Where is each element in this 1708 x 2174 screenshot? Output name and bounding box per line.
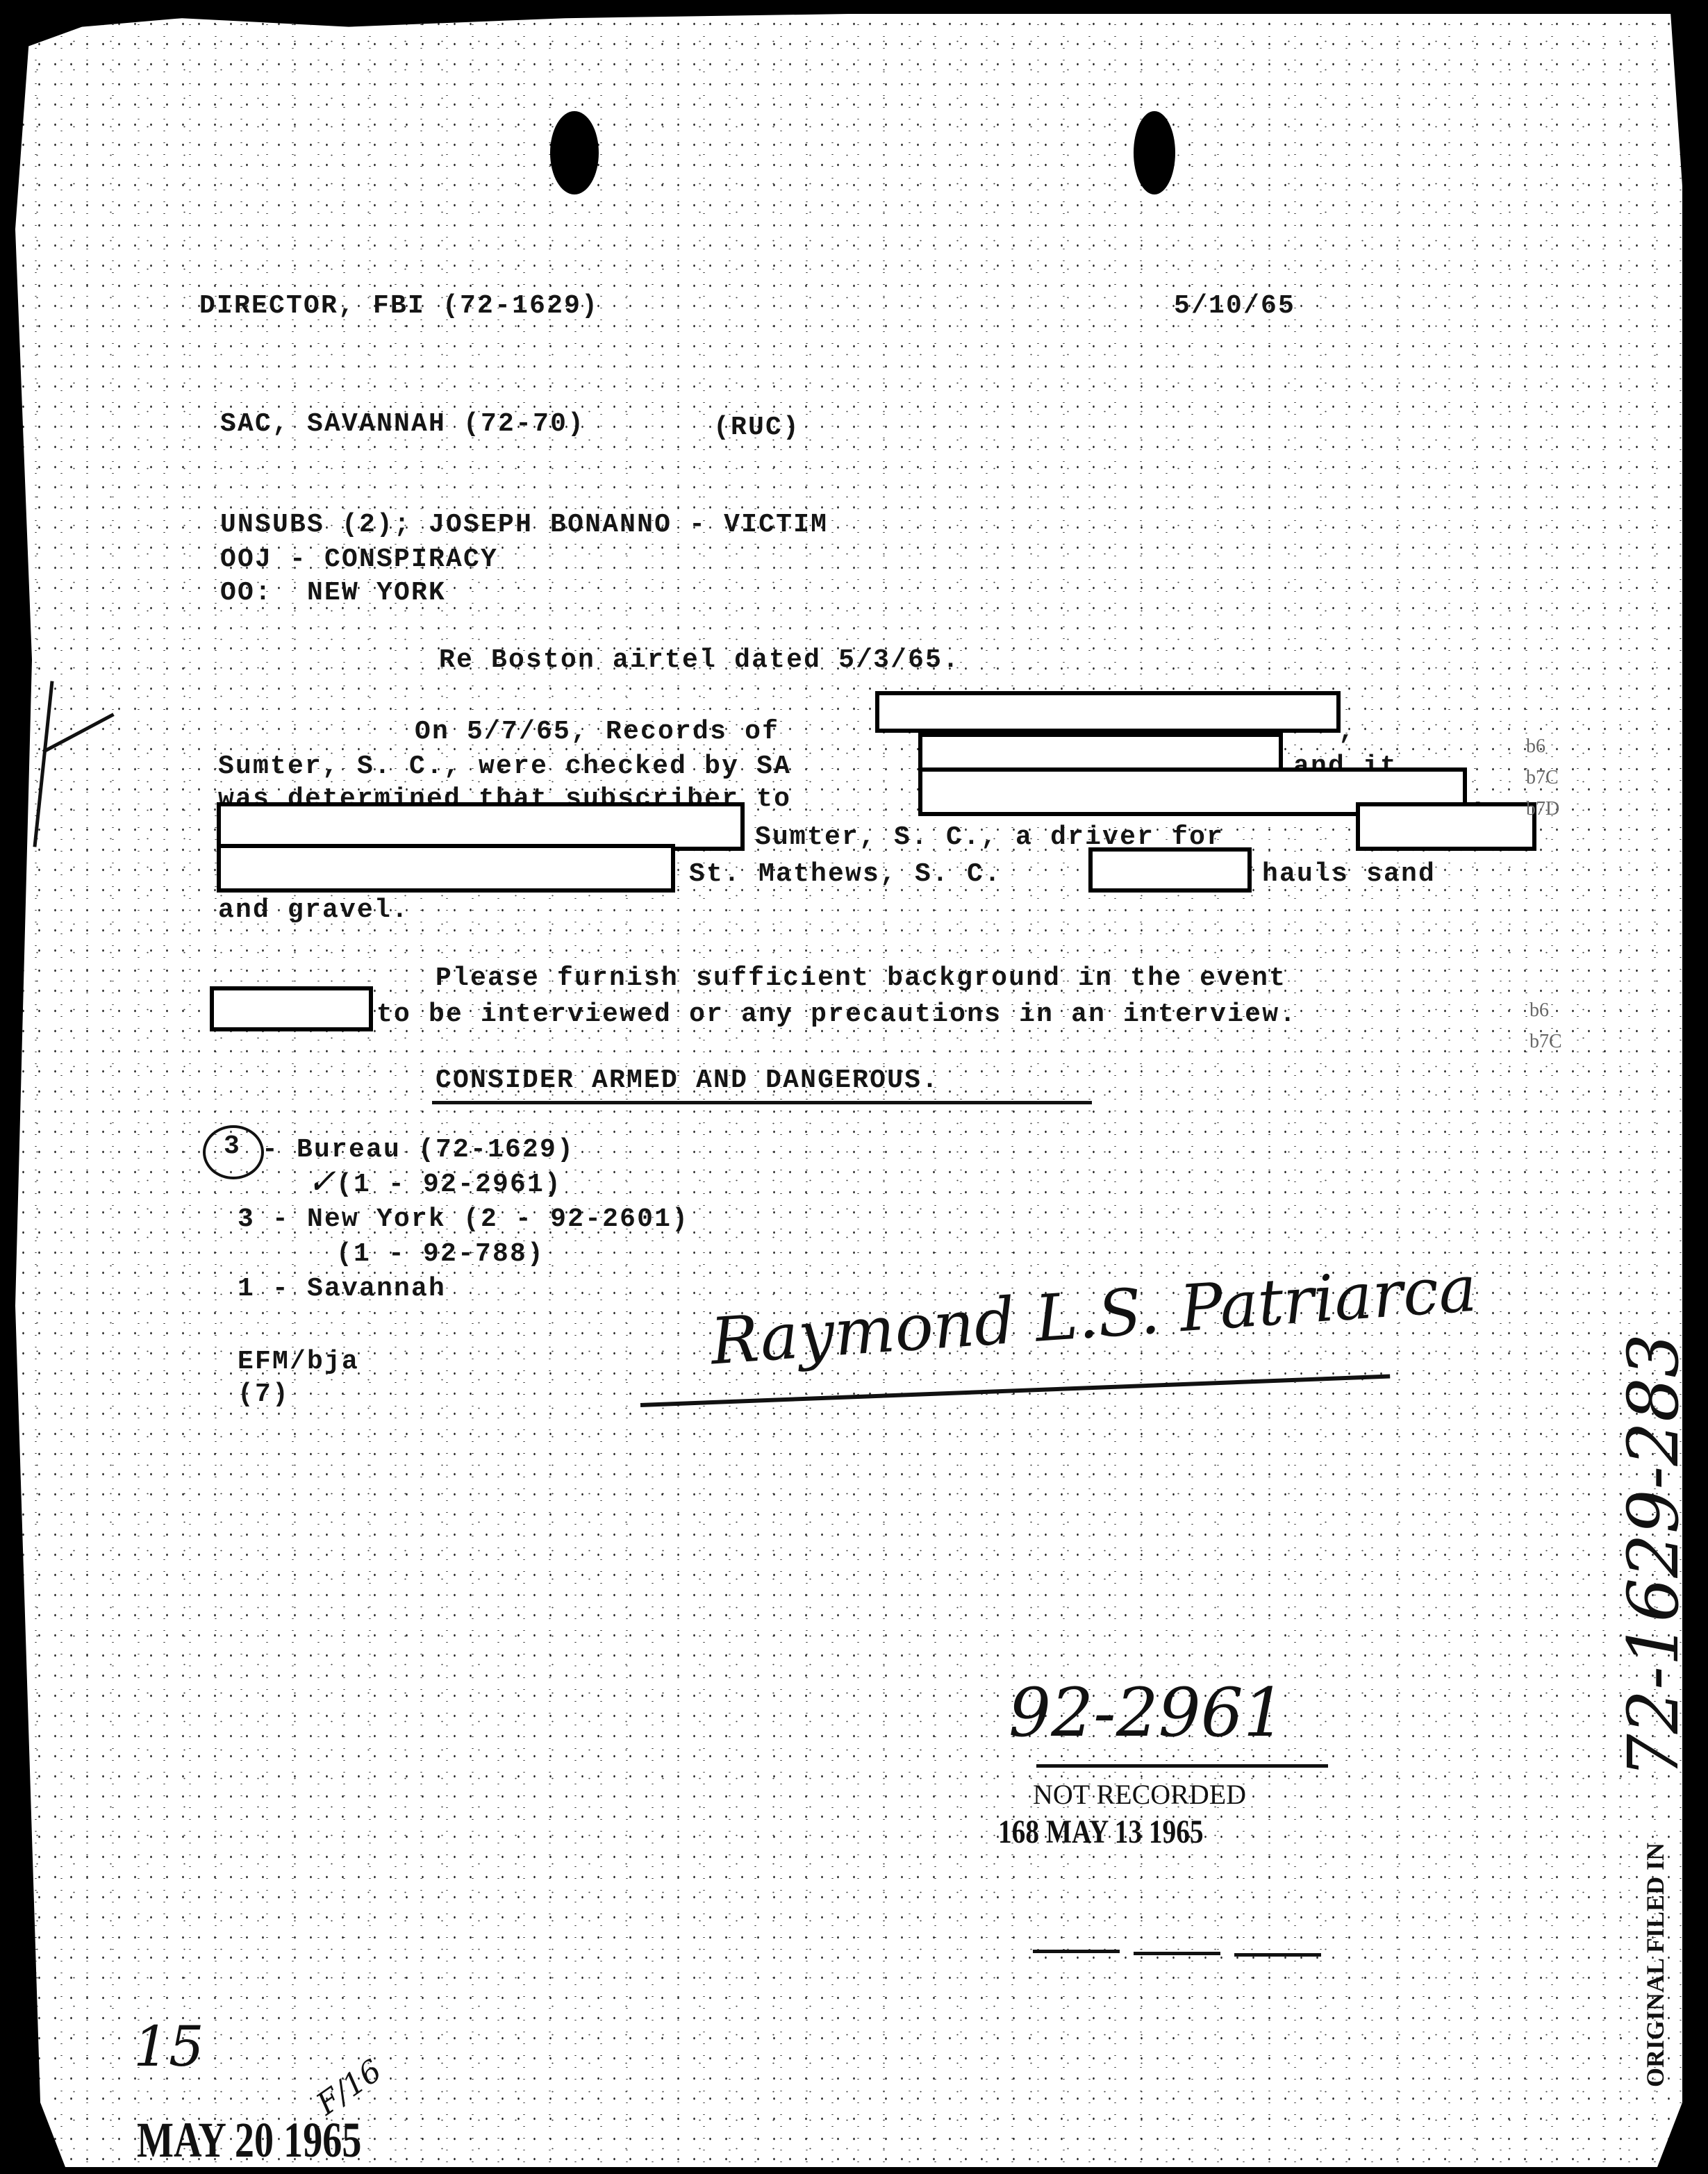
para2-line2: to be interviewed or any precautions in … (376, 997, 1297, 1033)
distribution-line-3: 3 - New York (2 - 92-2601) (238, 1202, 689, 1238)
redaction-box (217, 844, 675, 893)
sender: SAC, SAVANNAH (72-70) (220, 406, 585, 442)
not-recorded-stamp: NOT RECORDED (1033, 1778, 1246, 1811)
filed-in-handwritten: 72-1629-283 (1613, 1334, 1694, 1778)
warning-underline (432, 1101, 1092, 1104)
redaction-box (875, 691, 1341, 733)
punch-hole-right (1134, 111, 1175, 194)
memo-date: 5/10/65 (1174, 288, 1295, 324)
subject-line-2: OOJ - CONSPIRACY (220, 542, 498, 578)
para1-line6: and gravel. (218, 893, 409, 929)
distribution-line-4: (1 - 92-788) (336, 1236, 545, 1272)
file-number-handwritten: 92-2961 (1009, 1674, 1286, 1752)
handwritten-name: Raymond L.S. Patriarca (708, 1252, 1479, 1379)
para1-line2: Sumter, S. C., were checked by SA (218, 749, 791, 785)
para1-line5-end: hauls sand (1262, 856, 1436, 893)
redaction-box (1088, 847, 1252, 893)
subject-line-1: UNSUBS (2); JOSEPH BONANNO - VICTIM (220, 507, 828, 543)
typist-initials: EFM/bja (238, 1344, 359, 1380)
redaction-box (210, 986, 373, 1031)
comma: , (1338, 714, 1356, 750)
para2-line1: Please furnish sufficient background in … (436, 961, 1286, 997)
bottom-initial: 15 (133, 2014, 204, 2079)
handwritten-underline (640, 1375, 1390, 1407)
file-number-underline (1036, 1764, 1328, 1768)
exemption-code: b7D (1526, 799, 1559, 820)
distribution-line-2: (1 - 92-2961) (336, 1167, 562, 1203)
checkmark-icon: ✓ (307, 1161, 336, 1202)
para1-line1: On 5/7/65, Records of (415, 714, 779, 750)
received-date-stamp: MAY 20 1965 (137, 2111, 361, 2169)
redaction-box (1356, 802, 1536, 851)
exemption-code: b7C (1529, 1031, 1562, 1052)
subject-line-3: OO: NEW YORK (220, 575, 446, 611)
para1-line5: St. Mathews, S. C. (689, 856, 1002, 893)
punch-hole-left (550, 111, 599, 194)
exemption-code: b7C (1526, 767, 1559, 788)
distribution-line-5: 1 - Savannah (238, 1271, 446, 1307)
blank-line (1234, 1953, 1321, 1957)
sender-tag: (RUC) (713, 410, 800, 446)
addressee: DIRECTOR, FBI (72-1629) (199, 288, 599, 324)
recorded-date-stamp: 168 MAY 13 1965 (998, 1813, 1204, 1851)
reference-line: Re Boston airtel dated 5/3/65. (439, 642, 960, 679)
exemption-code: b6 (1526, 736, 1545, 757)
margin-mark (33, 681, 53, 847)
blank-line (1134, 1952, 1220, 1955)
circled-count-value: 3 (224, 1129, 241, 1165)
document-page: DIRECTOR, FBI (72-1629) 5/10/65 SAC, SAV… (15, 14, 1682, 2167)
exemption-code: b6 (1529, 1000, 1549, 1021)
blank-line (1033, 1950, 1120, 1953)
margin-mark (42, 713, 115, 753)
copy-count: (7) (238, 1377, 290, 1413)
original-filed-in-stamp: ORIGINAL FILED IN (1641, 1843, 1670, 2087)
warning-line: CONSIDER ARMED AND DANGEROUS. (436, 1063, 939, 1099)
